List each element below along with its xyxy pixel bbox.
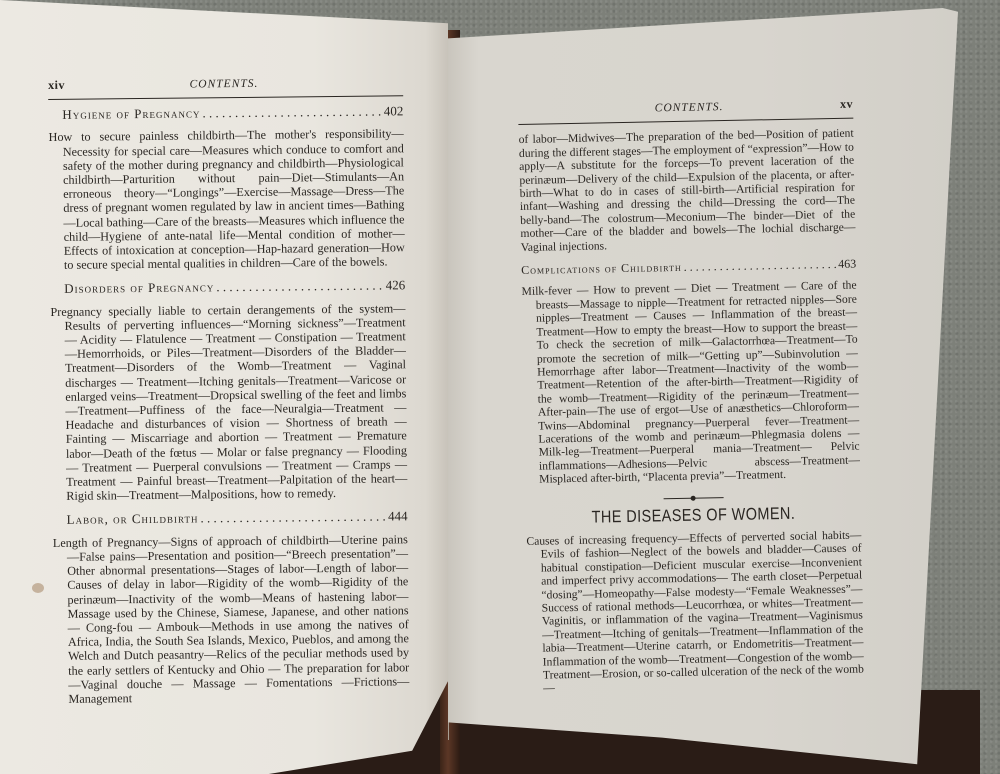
section-summary: How to secure painless childbirth—The mo… — [49, 127, 405, 273]
section-heading: Hygiene of Pregnancy 402 — [62, 104, 403, 122]
leader-dots — [684, 258, 837, 274]
section-page: 426 — [386, 279, 406, 293]
section-title: Complications of Childbirth — [521, 261, 682, 277]
left-page-content: xiv CONTENTS. Hygiene of Pregnancy 402 H… — [48, 74, 410, 716]
leader-dots — [216, 279, 383, 295]
section-page: 444 — [388, 510, 408, 524]
running-head: CONTENTS. xv — [518, 98, 853, 119]
running-head: xiv CONTENTS. — [48, 74, 403, 93]
paper-stain — [32, 583, 44, 593]
header-rule — [48, 95, 403, 100]
section-title: Disorders of Pregnancy — [64, 281, 214, 297]
section-heading: Complications of Childbirth 463 — [521, 258, 856, 278]
page-number: xiv — [48, 78, 65, 92]
running-title: CONTENTS. — [190, 77, 259, 92]
left-page: xiv CONTENTS. Hygiene of Pregnancy 402 H… — [0, 0, 448, 774]
header-rule — [518, 118, 853, 125]
right-page: CONTENTS. xv of labor—Midwives—The prepa… — [448, 8, 958, 768]
section-title: Hygiene of Pregnancy — [62, 107, 200, 123]
section-heading: Disorders of Pregnancy 426 — [64, 279, 405, 297]
section-heading: Labor, or Childbirth 444 — [67, 510, 408, 528]
running-title: CONTENTS. — [655, 101, 724, 116]
right-page-content: CONTENTS. xv of labor—Midwives—The prepa… — [518, 98, 864, 706]
page-number: xv — [840, 98, 853, 112]
part-summary: Causes of increasing frequency—Effects o… — [526, 528, 864, 695]
section-summary: Milk-fever — How to prevent — Diet — Tre… — [521, 279, 860, 486]
continued-summary: of labor—Midwives—The preparation of the… — [519, 127, 856, 254]
section-page: 402 — [384, 104, 404, 118]
part-title: THE DISEASES OF WOMEN. — [551, 506, 836, 525]
leader-dots — [202, 105, 382, 121]
leader-dots — [200, 510, 386, 526]
section-title: Labor, or Childbirth — [67, 512, 199, 528]
section-summary: Pregnancy specially liable to certain de… — [50, 301, 407, 504]
section-summary: Length of Pregnancy—Signs of approach of… — [53, 532, 410, 706]
ornament-divider — [663, 497, 723, 499]
section-page: 463 — [838, 258, 856, 272]
